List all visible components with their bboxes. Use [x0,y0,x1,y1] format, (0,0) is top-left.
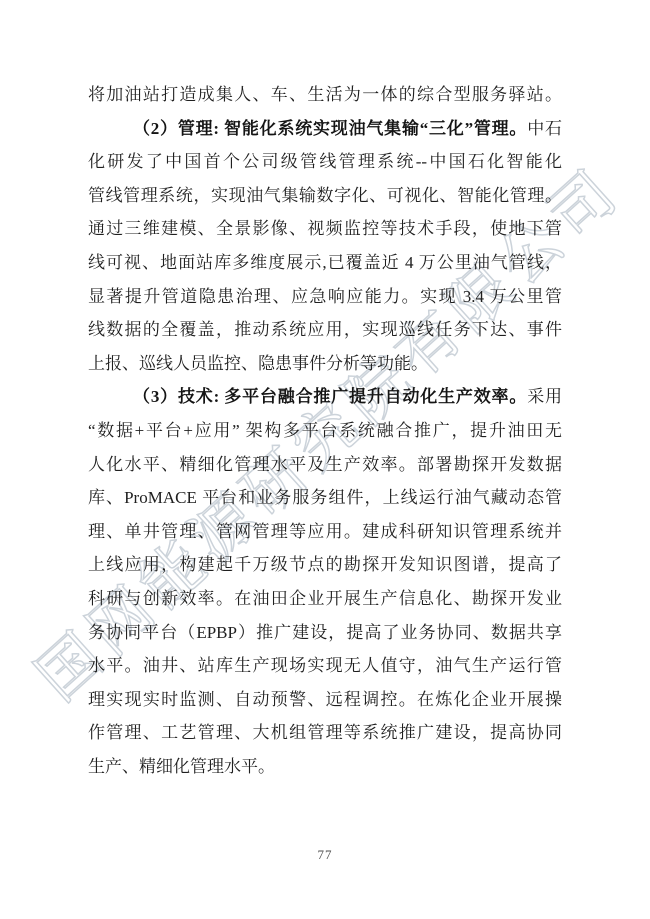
line-text: 生产、精细化管理水平。 [88,757,275,776]
paragraph-line: 化研发了中国首个公司级管线管理系统--中国石化智能化 [88,145,562,179]
paragraph-line: 通过三维建模、全景影像、视频监控等技术手段，使地下管 [88,212,562,246]
paragraph-line: 务协同平台（EPBP）推广建设，提高了业务协同、数据共享 [88,616,562,650]
paragraph-line: 将加油站打造成集人、车、生活为一体的综合型服务驿站。 [88,78,562,112]
line-text: 库、ProMACE 平台和业务服务组件，上线运行油气藏动态管 [88,488,562,507]
line-text: 理、单井管理、管网管理等应用。建成科研知识管理系统并 [88,522,562,541]
paragraph-line: 作管理、工艺管理、大机组管理等系统推广建设，提高协同 [88,716,562,750]
paragraph-line: 人化水平、精细化管理水平及生产效率。部署勘探开发数据 [88,448,562,482]
line-text: 显著提升管道隐患治理、应急响应能力。实现 3.4 万公里管 [88,287,562,306]
paragraph-line: 管线管理系统，实现油气集输数字化、可视化、智能化管理。 [88,179,562,213]
line-text: 务协同平台（EPBP）推广建设，提高了业务协同、数据共享 [88,623,562,642]
line-text: 线可视、地面站库多维度展示,已覆盖近 4 万公里油气管线， [88,253,562,272]
paragraph-line: 科研与创新效率。在油田企业开展生产信息化、勘探开发业 [88,582,562,616]
paragraph-line: 水平。油井、站库生产现场实现无人值守，油气生产运行管 [88,649,562,683]
line-text: 作管理、工艺管理、大机组管理等系统推广建设，提高协同 [88,723,562,742]
paragraph-line: （3）技术: 多平台融合推广提升自动化生产效率。采用 [88,380,562,414]
line-text: 人化水平、精细化管理水平及生产效率。部署勘探开发数据 [88,455,562,474]
paragraph-line: 生产、精细化管理水平。 [88,750,562,784]
paragraph-line: 上线应用，构建起千万级节点的勘探开发知识图谱，提高了 [88,548,562,582]
paragraph-line: 线可视、地面站库多维度展示,已覆盖近 4 万公里油气管线， [88,246,562,280]
line-text: 通过三维建模、全景影像、视频监控等技术手段，使地下管 [88,219,562,238]
line-text: 采用 [527,387,562,406]
line-text: 中石 [527,119,562,138]
page-number: 77 [0,847,650,863]
line-text: 上线应用，构建起千万级节点的勘探开发知识图谱，提高了 [88,555,562,574]
document-page: 国网能源研究院有限公司 将加油站打造成集人、车、生活为一体的综合型服务驿站。 （… [0,0,650,919]
line-text: 化研发了中国首个公司级管线管理系统--中国石化智能化 [88,152,562,171]
section-heading: （2）管理: 智能化系统实现油气集输“三化”管理。 [133,119,527,138]
line-text: 上报、巡线人员监控、隐患事件分析等功能。 [88,354,428,373]
paragraph-line: 理、单井管理、管网管理等应用。建成科研知识管理系统并 [88,515,562,549]
body-text: 将加油站打造成集人、车、生活为一体的综合型服务驿站。 （2）管理: 智能化系统实… [88,78,562,783]
paragraph-line: 上报、巡线人员监控、隐患事件分析等功能。 [88,347,562,381]
paragraph-line: 理实现实时监测、自动预警、远程调控。在炼化企业开展操 [88,683,562,717]
paragraph-line: 线数据的全覆盖，推动系统应用，实现巡线任务下达、事件 [88,313,562,347]
paragraph-line: 库、ProMACE 平台和业务服务组件，上线运行油气藏动态管 [88,481,562,515]
line-text: 管线管理系统，实现油气集输数字化、可视化、智能化管理。 [88,186,562,205]
line-text: 线数据的全覆盖，推动系统应用，实现巡线任务下达、事件 [88,320,562,339]
section-heading: （3）技术: 多平台融合推广提升自动化生产效率。 [133,387,527,406]
line-text: 科研与创新效率。在油田企业开展生产信息化、勘探开发业 [88,589,562,608]
paragraph-line: “数据+平台+应用” 架构多平台系统融合推广，提升油田无 [88,414,562,448]
line-text: 水平。油井、站库生产现场实现无人值守，油气生产运行管 [88,656,562,675]
paragraph-line: 显著提升管道隐患治理、应急响应能力。实现 3.4 万公里管 [88,280,562,314]
line-text: “数据+平台+应用” 架构多平台系统融合推广，提升油田无 [88,421,562,440]
line-text: 将加油站打造成集人、车、生活为一体的综合型服务驿站。 [88,85,562,104]
paragraph-line: （2）管理: 智能化系统实现油气集输“三化”管理。中石 [88,112,562,146]
line-text: 理实现实时监测、自动预警、远程调控。在炼化企业开展操 [88,690,562,709]
